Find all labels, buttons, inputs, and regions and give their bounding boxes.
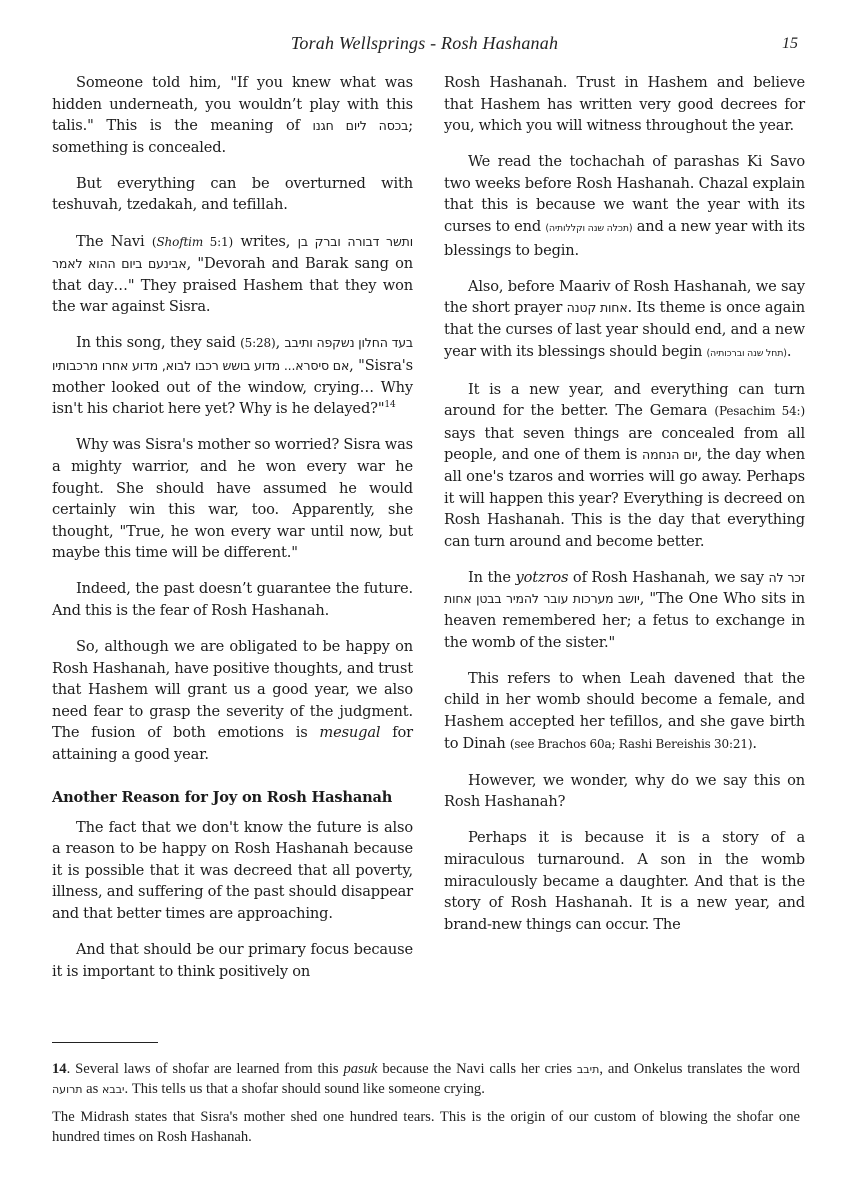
hebrew-word: יבבא	[102, 1083, 125, 1096]
section-heading: Another Reason for Joy on Rosh Hashanah	[52, 788, 413, 808]
hebrew-quote: בכסה ליום חגנו	[313, 118, 409, 133]
hebrew-quote: (תכלה שנה וקללותיה)	[545, 223, 632, 234]
footnote-divider	[52, 1042, 158, 1043]
source-reference: (5:28)	[240, 336, 275, 350]
paragraph-turnaround: Perhaps it is because it is a story of a…	[444, 827, 805, 935]
right-column: Rosh Hashanah. Trust in Hashem and belie…	[444, 72, 805, 950]
hebrew-quote: אחות קטנה	[567, 300, 628, 315]
paragraph-new-year: It is a new year, and everything can tur…	[444, 379, 805, 553]
book-title: Torah Wellsprings - Rosh Hashanah	[0, 33, 849, 54]
paragraph-wonder: However, we wonder, why do we say this o…	[444, 770, 805, 813]
hebrew-quote: (תחל שנה וברכותיה)	[706, 348, 786, 359]
source-reference: (see Brachos 60a; Rashi Bereishis 30:21)	[510, 737, 753, 751]
paragraph-future: The fact that we don't know the future i…	[52, 817, 413, 925]
paragraph-focus: And that should be our primary focus bec…	[52, 939, 413, 982]
source-reference: (Pesachim 54:)	[714, 404, 805, 418]
paragraph-teshuvah: But everything can be overturned with te…	[52, 173, 413, 216]
footnote-midrash: The Midrash states that Sisra's mother s…	[52, 1108, 800, 1147]
paragraph-continued: Rosh Hashanah. Trust in Hashem and belie…	[444, 72, 805, 137]
running-header: Torah Wellsprings - Rosh Hashanah 15	[0, 30, 849, 58]
left-column: Someone told him, "If you knew what was …	[52, 72, 413, 997]
paragraph-tochachah: We read the tochachah of parashas Ki Sav…	[444, 151, 805, 261]
paragraph-navi: The Navi (Shoftim 5:1) writes, ותשר דבור…	[52, 231, 413, 318]
footnote-number: 14	[52, 1061, 67, 1077]
hebrew-word: תרועה	[52, 1083, 83, 1096]
paragraph-past: Indeed, the past doesn’t guarantee the f…	[52, 578, 413, 621]
paragraph-worried: Why was Sisra's mother so worried? Sisra…	[52, 434, 413, 564]
hebrew-word: תיבב	[577, 1063, 599, 1076]
hebrew-quote: יום הנחמה	[642, 447, 697, 462]
footnotes: 14. Several laws of shofar are learned f…	[52, 1060, 800, 1156]
paragraph-yotzros: In the yotzros of Rosh Hashanah, we say …	[444, 567, 805, 653]
paragraph-maariv: Also, before Maariv of Rosh Hashanah, we…	[444, 276, 805, 364]
paragraph-talis: Someone told him, "If you knew what was …	[52, 72, 413, 158]
source-reference: (Shoftim 5:1)	[152, 235, 233, 249]
paragraph-song: In this song, they said (5:28), בעד החלו…	[52, 332, 413, 419]
footnote-marker[interactable]: 14	[384, 400, 395, 410]
paragraph-fusion: So, although we are obligated to be happ…	[52, 636, 413, 766]
footnote-14: 14. Several laws of shofar are learned f…	[52, 1060, 800, 1099]
paragraph-leah: This refers to when Leah davened that th…	[444, 668, 805, 755]
page-number: 15	[782, 35, 798, 53]
